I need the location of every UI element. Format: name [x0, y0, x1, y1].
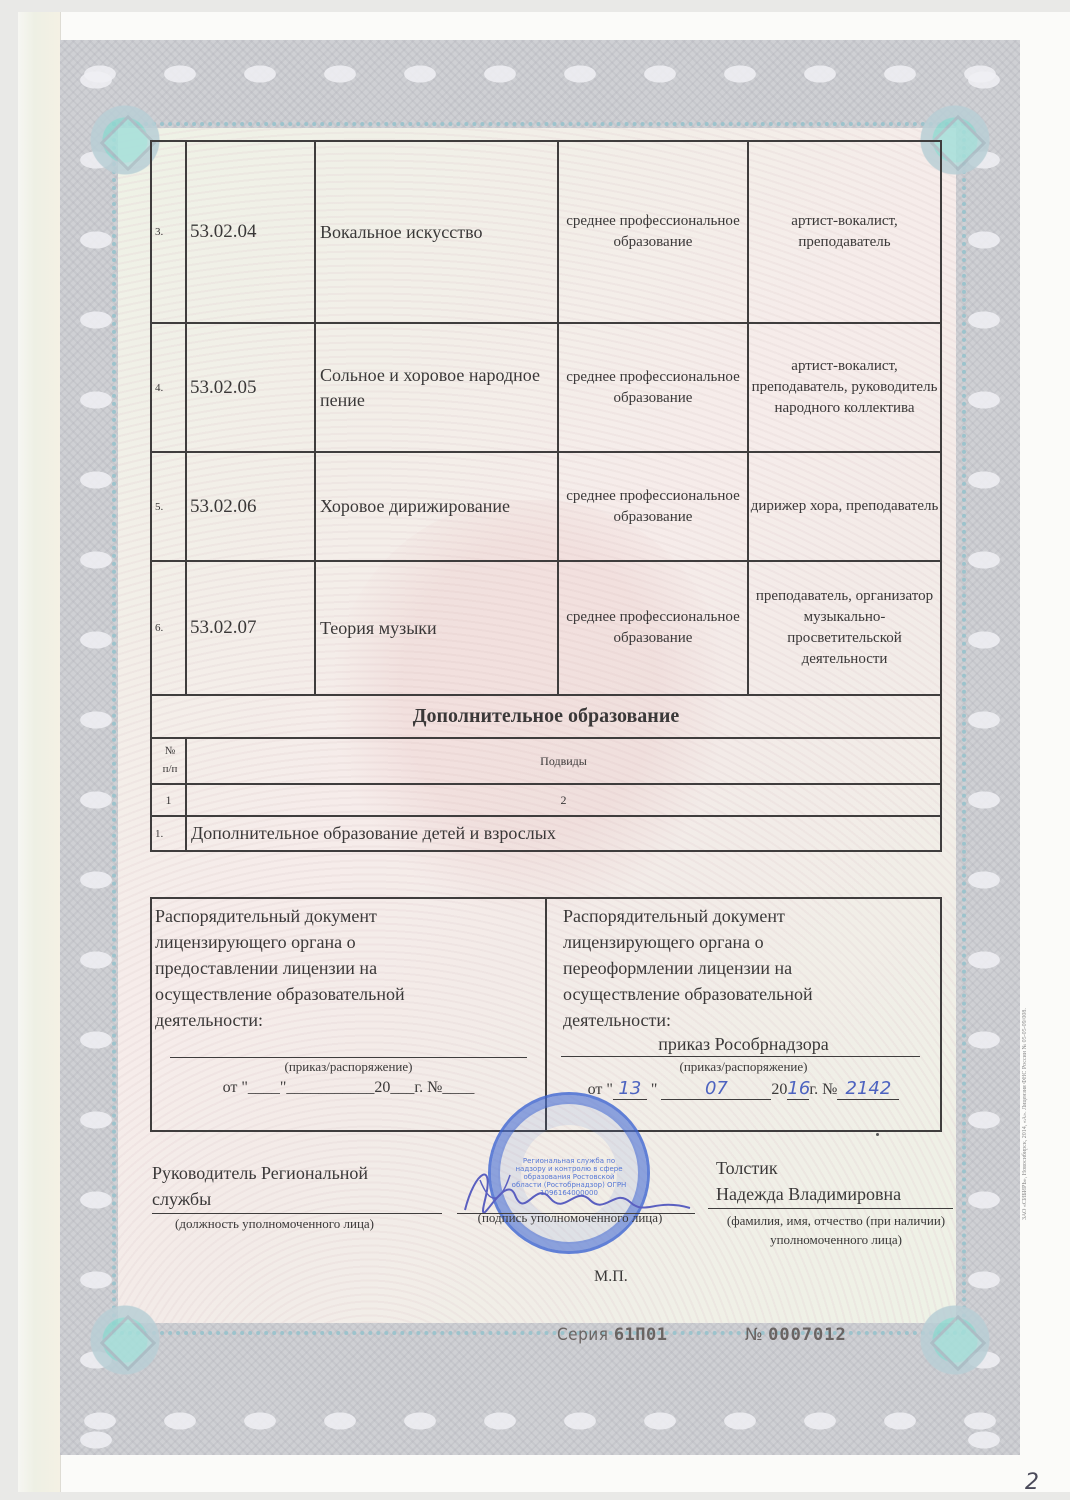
education-level: среднее профессиональное образование	[558, 323, 748, 452]
grant-order-caption: (приказ/распоряжение)	[152, 1059, 545, 1075]
table-row: 3.53.02.04Вокальное искусствосреднее про…	[151, 141, 941, 323]
printer-imprint: ЗАО «СИБИРЬ», Новосибирск, 2014, «А». Ли…	[1022, 1008, 1028, 1220]
page-fold	[18, 12, 61, 1492]
table-row: 6.53.02.07Теория музыкисреднее профессио…	[151, 561, 941, 695]
row-number: 1.	[151, 816, 186, 851]
signature-caption: (подпись уполномоченного лица)	[470, 1208, 670, 1229]
table-row: 1. Дополнительное образование детей и вз…	[151, 816, 941, 851]
ornament-corner-icon	[80, 1295, 170, 1385]
reissue-order-title: Распорядительный документ лицензирующего…	[563, 903, 873, 1033]
dot-mark	[876, 1133, 879, 1136]
program-name: Теория музыки	[315, 561, 558, 695]
program-code: 53.02.05	[186, 323, 315, 452]
program-code: 53.02.06	[186, 452, 315, 561]
name-line	[708, 1208, 953, 1209]
education-level: среднее профессиональное образование	[558, 452, 748, 561]
col-number-header: №п/п	[151, 738, 186, 784]
education-level: среднее профессиональное образование	[558, 141, 748, 323]
programs-table: 3.53.02.04Вокальное искусствосреднее про…	[150, 140, 942, 852]
additional-header-row: №п/п Подвиды	[151, 738, 941, 784]
ornament-corner-icon	[910, 1295, 1000, 1385]
section-title: Дополнительное образование	[151, 695, 941, 738]
form-number: № 0007012	[745, 1325, 847, 1345]
order-month: 07	[705, 1078, 728, 1099]
reissue-order-line	[561, 1056, 920, 1057]
qualification: дирижер хора, преподаватель	[748, 452, 941, 561]
row-number: 6.	[151, 561, 186, 695]
grant-order-cell: Распорядительный документ лицензирующего…	[151, 898, 546, 1131]
col-subtypes-header: Подвиды	[186, 738, 941, 784]
border-wave-bottom	[60, 1401, 1020, 1441]
seal-place-mark: М.П.	[594, 1268, 628, 1286]
program-name: Сольное и хоровое народное пение	[315, 323, 558, 452]
reissue-order-value: приказ Рособрнадзора	[547, 1034, 940, 1055]
row-number: 5.	[151, 452, 186, 561]
position-line	[152, 1213, 442, 1214]
row-number: 4.	[151, 323, 186, 452]
additional-education-section: Дополнительное образование	[151, 695, 941, 738]
order-day: 13	[618, 1078, 641, 1099]
grant-order-date: от "____"___________20___г. №____	[152, 1079, 545, 1097]
order-year: 16	[787, 1078, 810, 1099]
qualification: артист-вокалист, преподаватель	[748, 141, 941, 323]
signatory-name: Толстик Надежда Владимировна	[716, 1155, 901, 1207]
qualification: артист-вокалист, преподаватель, руководи…	[748, 323, 941, 452]
grant-order-line	[170, 1057, 527, 1058]
program-name: Вокальное искусство	[315, 141, 558, 323]
border-wave-left	[76, 40, 116, 1455]
qualification: преподаватель, организатор музыкально-пр…	[748, 561, 941, 695]
column-index-row: 1 2	[151, 784, 941, 816]
program-code: 53.02.07	[186, 561, 315, 695]
form-series: Серия 61П01	[557, 1325, 668, 1345]
reissue-order-caption: (приказ/распоряжение)	[547, 1059, 940, 1075]
program-name: Хоровое дирижирование	[315, 452, 558, 561]
reissue-order-cell: Распорядительный документ лицензирующего…	[546, 898, 941, 1131]
grant-order-title: Распорядительный документ лицензирующего…	[155, 903, 455, 1033]
column-index-2: 2	[186, 784, 941, 816]
column-index-1: 1	[151, 784, 186, 816]
program-code: 53.02.04	[186, 141, 315, 323]
position-caption: (должность уполномоченного лица)	[175, 1216, 374, 1232]
page-number: 2	[1025, 1470, 1039, 1495]
subtype-name: Дополнительное образование детей и взрос…	[186, 816, 941, 851]
row-number: 3.	[151, 141, 186, 323]
name-caption: (фамилия, имя, отчество (при наличии) уп…	[716, 1212, 956, 1250]
border-wave-right	[964, 40, 1004, 1455]
table-row: 5.53.02.06Хоровое дирижированиесреднее п…	[151, 452, 941, 561]
order-number: 2142	[846, 1078, 892, 1099]
border-wave-top	[60, 54, 1020, 94]
table-row: 4.53.02.05Сольное и хоровое народное пен…	[151, 323, 941, 452]
education-level: среднее профессиональное образование	[558, 561, 748, 695]
signatory-position: Руководитель Региональной службы	[152, 1160, 392, 1212]
reissue-order-date: от "13 " 072016г. №2142	[547, 1079, 940, 1100]
